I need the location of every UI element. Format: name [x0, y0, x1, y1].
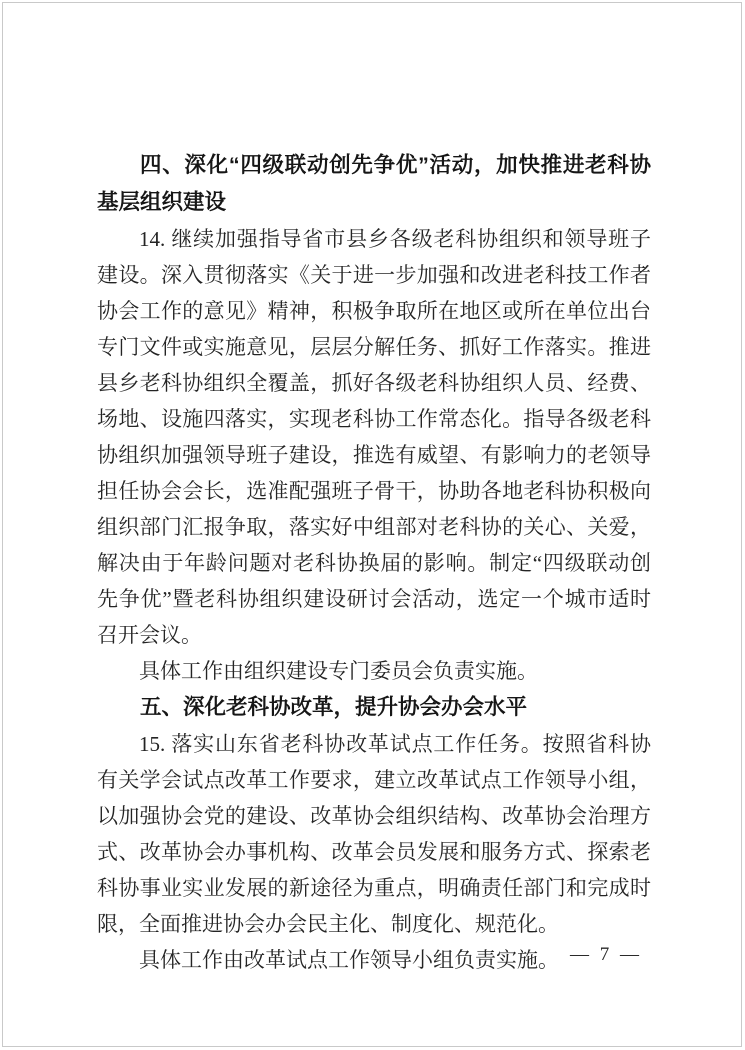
section-5-heading: 五、深化老科协改革，提升协会办会水平	[97, 689, 651, 726]
paragraph-14: 14. 继续加强指导省市县乡各级老科协组织和领导班子建设。深入贯彻落实《关于进一…	[97, 221, 651, 653]
document-content: 四、深化“四级联动创先争优”活动，加快推进老科协基层组织建设 14. 继续加强指…	[97, 147, 651, 978]
paragraph-14-implementation: 具体工作由组织建设专门委员会负责实施。	[97, 653, 651, 689]
paragraph-15-implementation: 具体工作由改革试点工作领导小组负责实施。	[97, 942, 651, 978]
document-page: 四、深化“四级联动创先争优”活动，加快推进老科协基层组织建设 14. 继续加强指…	[0, 0, 745, 1050]
paragraph-15: 15. 落实山东省老科协改革试点工作任务。按照省科协有关学会试点改革工作要求，建…	[97, 726, 651, 942]
page-number: — 7 —	[570, 944, 642, 966]
section-4-heading: 四、深化“四级联动创先争优”活动，加快推进老科协基层组织建设	[97, 147, 651, 221]
